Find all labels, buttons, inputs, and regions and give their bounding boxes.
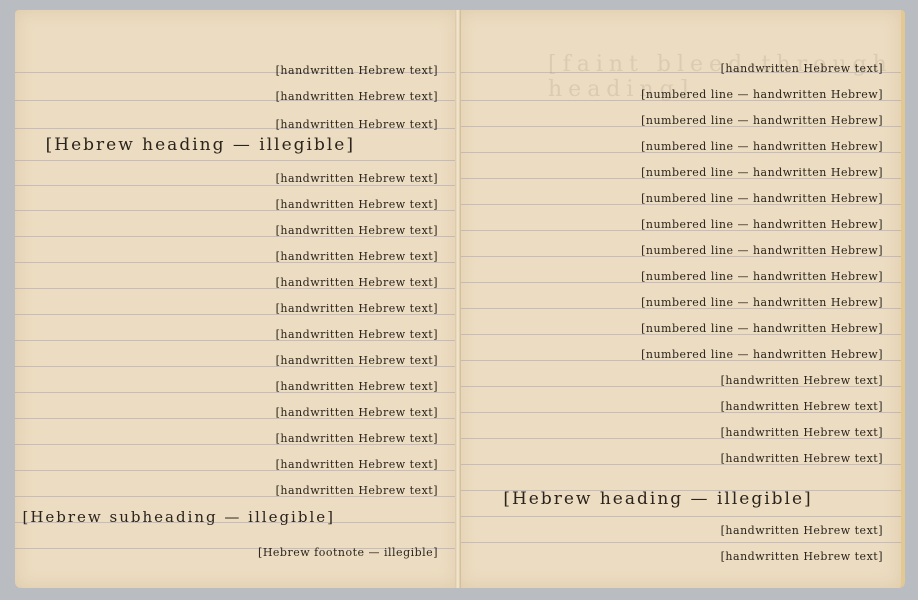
page-subheading: [Hebrew subheading — illegible] (135, 510, 335, 524)
text-line: [handwritten Hebrew text] (38, 250, 438, 264)
text-line: [handwritten Hebrew text] (483, 524, 883, 538)
page-heading: [Hebrew heading — illegible] (95, 138, 355, 152)
numbered-item: [numbered line — handwritten Hebrew] (483, 218, 883, 232)
footnote: [Hebrew footnote — illegible] (38, 546, 438, 560)
text-line: [handwritten Hebrew text] (38, 198, 438, 212)
text-line: [handwritten Hebrew text] (38, 118, 438, 132)
text-line: [handwritten Hebrew text] (38, 484, 438, 498)
numbered-item: [numbered line — handwritten Hebrew] (483, 114, 883, 128)
text-line: [handwritten Hebrew text] (483, 62, 883, 76)
text-line: [handwritten Hebrew text] (483, 374, 883, 388)
text-line: [handwritten Hebrew text] (38, 64, 438, 78)
numbered-item: [numbered line — handwritten Hebrew] (483, 348, 883, 362)
text-line: [handwritten Hebrew text] (483, 550, 883, 564)
text-line: [handwritten Hebrew text] (483, 400, 883, 414)
text-line: [handwritten Hebrew text] (483, 452, 883, 466)
text-line: [handwritten Hebrew text] (38, 276, 438, 290)
numbered-item: [numbered line — handwritten Hebrew] (483, 140, 883, 154)
text-line: [handwritten Hebrew text] (38, 458, 438, 472)
text-line: [handwritten Hebrew text] (38, 328, 438, 342)
right-page: [faint bleed-through heading] [handwritt… (458, 10, 905, 588)
text-line: [handwritten Hebrew text] (38, 354, 438, 368)
notebook-spine (455, 10, 461, 588)
text-line: [handwritten Hebrew text] (38, 224, 438, 238)
numbered-item: [numbered line — handwritten Hebrew] (483, 166, 883, 180)
left-page: [handwritten Hebrew text] [handwritten H… (15, 10, 458, 588)
text-line: [handwritten Hebrew text] (38, 380, 438, 394)
text-line: [handwritten Hebrew text] (38, 90, 438, 104)
open-notebook: [handwritten Hebrew text] [handwritten H… (15, 10, 905, 588)
text-line: [handwritten Hebrew text] (38, 432, 438, 446)
numbered-item: [numbered line — handwritten Hebrew] (483, 244, 883, 258)
text-line: [handwritten Hebrew text] (38, 406, 438, 420)
numbered-item: [numbered line — handwritten Hebrew] (483, 296, 883, 310)
section-heading: [Hebrew heading — illegible] (498, 492, 818, 506)
numbered-item: [numbered line — handwritten Hebrew] (483, 88, 883, 102)
text-line: [handwritten Hebrew text] (38, 172, 438, 186)
numbered-item: [numbered line — handwritten Hebrew] (483, 270, 883, 284)
text-line: [handwritten Hebrew text] (38, 302, 438, 316)
numbered-item: [numbered line — handwritten Hebrew] (483, 192, 883, 206)
text-line: [handwritten Hebrew text] (483, 426, 883, 440)
numbered-item: [numbered line — handwritten Hebrew] (483, 322, 883, 336)
